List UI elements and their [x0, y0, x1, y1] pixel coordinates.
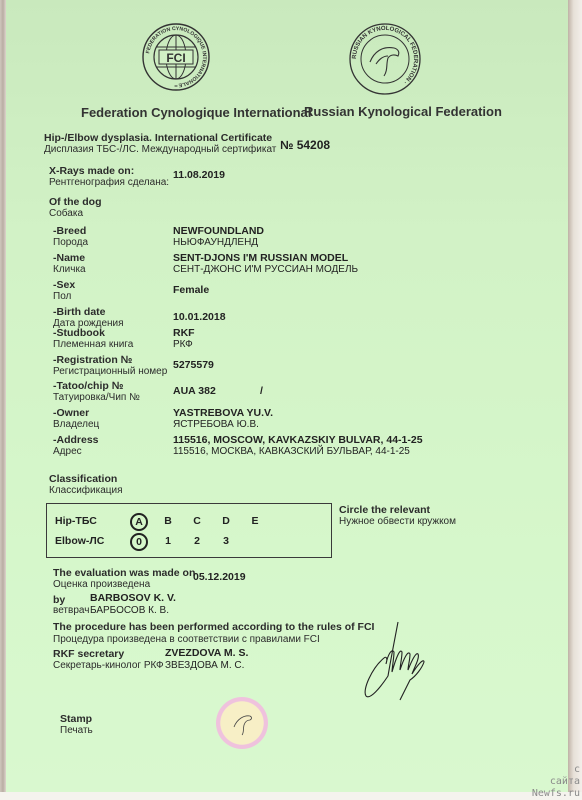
- scan-bottom-margin: [0, 792, 582, 800]
- field-label-ru: Кличка: [53, 264, 86, 275]
- vet-name-ru: БАРБОСОВ К. В.: [90, 605, 169, 616]
- field-label-en: -Studbook: [53, 327, 105, 339]
- field-label-ru: Регистрационный номер: [53, 366, 167, 377]
- certificate-number: № 54208: [280, 138, 330, 152]
- secretary-label-en: RKF secretary: [53, 648, 124, 660]
- field-label-en: -Tatoo/chip №: [53, 380, 123, 392]
- evaluation-label-ru: Оценка произведена: [53, 579, 150, 590]
- xray-label-en: X-Rays made on:: [49, 165, 134, 177]
- field-label-ru: Владелец: [53, 419, 99, 430]
- field-value-ru: СЕНТ-ДЖОНС И'М РУССИАН МОДЕЛЬ: [173, 264, 358, 275]
- dog-section-label-ru: Собака: [49, 208, 83, 219]
- hip-grade-E: E: [247, 515, 263, 527]
- field-value-en: YASTREBOVA YU.V.: [173, 407, 273, 419]
- field-label-ru: Татуировка/Чип №: [53, 392, 140, 403]
- procedure-text-ru: Процедура произведена в соответствии с п…: [53, 634, 320, 645]
- svg-text:FCI: FCI: [166, 51, 185, 65]
- field-value-en: AUA 382: [173, 385, 216, 397]
- xray-date: 11.08.2019: [173, 169, 225, 181]
- site-watermark: с сайта Newfs.ru: [532, 764, 580, 800]
- elbow-grade-2: 2: [189, 535, 205, 547]
- hip-label: Hip-ТБС: [55, 515, 97, 527]
- handwritten-signature-icon: [358, 618, 438, 703]
- stamp-label-en: Stamp: [60, 713, 92, 725]
- field-label-en: -Birth date: [53, 306, 106, 318]
- svg-text:=: =: [174, 84, 178, 90]
- classification-box: Hip-ТБС Elbow-ЛС ABCDE 0123: [46, 503, 332, 558]
- field-label-ru: Пол: [53, 291, 71, 302]
- field-value-en: NEWFOUNDLAND: [173, 225, 264, 237]
- field-label-en: -Owner: [53, 407, 89, 419]
- fci-org-name: Federation Cynologique International: [81, 105, 311, 120]
- secretary-label-ru: Секретарь-кинолог РКФ: [53, 660, 164, 671]
- field-label-ru: Адрес: [53, 446, 82, 457]
- field-label-en: -Address: [53, 434, 99, 446]
- field-value-en: RKF: [173, 327, 195, 339]
- circle-note-ru: Нужное обвести кружком: [339, 516, 456, 527]
- elbow-grade-3: 3: [218, 535, 234, 547]
- hip-grade-A: A: [130, 513, 148, 531]
- evaluation-date: 05.12.2019: [193, 571, 246, 583]
- rkf-seal-stamp-icon: [216, 697, 268, 749]
- hip-grade-C: C: [189, 515, 205, 527]
- field-value-ru: ЯСТРЕБОВА Ю.В.: [173, 419, 259, 430]
- field-value-en: 115516, MOSCOW, KAVKAZSKIY BULVAR, 44-1-…: [173, 434, 423, 446]
- field-value-en: 5275579: [173, 359, 214, 371]
- dog-section-label-en: Of the dog: [49, 196, 102, 208]
- field-label-en: -Breed: [53, 225, 86, 237]
- elbow-grade-0: 0: [130, 533, 148, 551]
- field-value-ru: НЬЮФАУНДЛЕНД: [173, 237, 258, 248]
- fci-globe-logo-icon: FCI FEDERATION CYNOLOGIQUE INTERNATIONAL…: [142, 14, 210, 100]
- certificate-title-ru: Дисплазия ТБС-/ЛС. Международный сертифи…: [44, 144, 276, 155]
- watermark-line: с: [532, 764, 580, 776]
- procedure-text-en: The procedure has been performed accordi…: [53, 621, 374, 633]
- field-label-en: -Name: [53, 252, 85, 264]
- field-value-en: SENT-DJONS I'M RUSSIAN MODEL: [173, 252, 348, 264]
- field-label-en: -Registration №: [53, 354, 132, 366]
- field-label-ru: Племенная книга: [53, 339, 133, 350]
- rkf-borzoi-logo-icon: RUSSIAN KYNOLOGICAL FEDERATION ·: [348, 22, 422, 96]
- elbow-grade-1: 1: [160, 535, 176, 547]
- hip-grade-D: D: [218, 515, 234, 527]
- elbow-label: Elbow-ЛС: [55, 535, 104, 547]
- field-value-en: Female: [173, 284, 209, 296]
- field-label-en: -Sex: [53, 279, 75, 291]
- rkf-org-name: Russian Kynological Federation: [304, 104, 502, 119]
- field-value-ru: РКФ: [173, 339, 193, 350]
- circle-note-en: Circle the relevant: [339, 504, 430, 516]
- paper-right-edge: [568, 0, 582, 800]
- vet-name-en: BARBOSOV K. V.: [90, 592, 176, 604]
- secretary-name-en: ZVEZDOVA M. S.: [165, 647, 248, 659]
- field-label-ru: Порода: [53, 237, 88, 248]
- classification-label-ru: Классификация: [49, 485, 123, 496]
- xray-label-ru: Рентгенография сделана:: [49, 177, 169, 188]
- evaluation-label-en: The evaluation was made on: [53, 567, 195, 579]
- certificate-title-en: Hip-/Elbow dysplasia. International Cert…: [44, 132, 272, 144]
- field-value-en: 10.01.2018: [173, 311, 226, 323]
- hip-grade-B: B: [160, 515, 176, 527]
- secretary-name-ru: ЗВЕЗДОВА М. С.: [165, 660, 244, 671]
- field-value-extra: /: [260, 385, 263, 397]
- stamp-label-ru: Печать: [60, 725, 93, 736]
- field-value-ru: 115516, МОСКВА, КАВКАЗСКИЙ БУЛЬВАР, 44-1…: [173, 446, 410, 457]
- watermark-line: сайта: [532, 776, 580, 788]
- classification-label-en: Classification: [49, 473, 117, 485]
- watermark-line: Newfs.ru: [532, 788, 580, 800]
- by-label-ru: ветврач: [53, 605, 89, 616]
